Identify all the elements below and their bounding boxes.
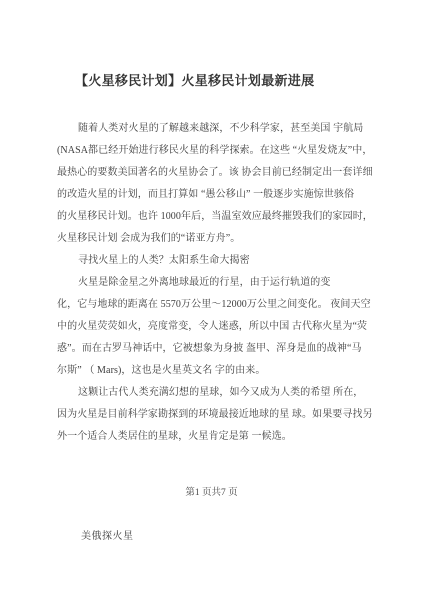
next-section-heading: 美俄探火星 (81, 527, 134, 542)
paragraph1-line: 的改造火星的计划，而且打算如 “愚公移山” 一般逐步实施惊世骇俗 (57, 184, 383, 206)
paragraph1-line: 随着人类对火星的了解越来越深，不少科学家，甚至美国 宇航局 (57, 118, 383, 140)
paragraph3-line: 这颗让古代人类充满幻想的星球，如今又成为人类的希望 所在， (57, 382, 383, 404)
paragraph2-line: 尔斯” （ Mars)，这也是火星英文名 字的由来。 (57, 360, 383, 382)
paragraph1-line: 的火星移民计划。也许 1000年后，当温室效应最终摧毁我们的家园时， (57, 206, 383, 228)
paragraph3-line: 因为火星是目前科学家勘探到的环境最接近地球的星 球。如果要寻找另 (57, 404, 383, 426)
paragraph3-line: 外一个适合人类居住的星球，火星肯定是第 一候选。 (57, 426, 383, 448)
document-page: 【火星移民计划】火星移民计划最新进展 随着人类对火星的了解越来越深，不少科学家，… (0, 0, 423, 600)
paragraph1-line: (NASA都已经开始进行移民火星的科学探索。在这些 “火星发烧友”中， (57, 140, 383, 162)
paragraph1-line: 最热心的要数美国著名的火星协会了。该 协会目前已经制定出一套详细 (57, 162, 383, 184)
page-number: 第1 页共7 页 (0, 484, 423, 498)
paragraph2-line: 化，它与地球的距离在 5570万公里～12000万公里之间变化。 夜间天空 (57, 294, 383, 316)
document-body: 随着人类对火星的了解越来越深，不少科学家，甚至美国 宇航局 (NASA都已经开始… (57, 118, 383, 448)
paragraph2-line: 中的火星荧荧如火，亮度常变，令人迷惑，所以中国 古代称火星为“荧 (57, 316, 383, 338)
section-heading: 寻找火星上的人类？太阳系生命大揭密 (57, 250, 383, 272)
document-title: 【火星移民计划】火星移民计划最新进展 (75, 70, 314, 89)
paragraph2-line: 火星是除金星之外离地球最近的行星，由于运行轨道的变 (57, 272, 383, 294)
paragraph2-line: 惑”。而在古罗马神话中，它被想象为身披 盔甲、浑身是血的战神“马 (57, 338, 383, 360)
paragraph1-line: 火星移民计划 会成为我们的“诺亚方舟”。 (57, 228, 383, 250)
